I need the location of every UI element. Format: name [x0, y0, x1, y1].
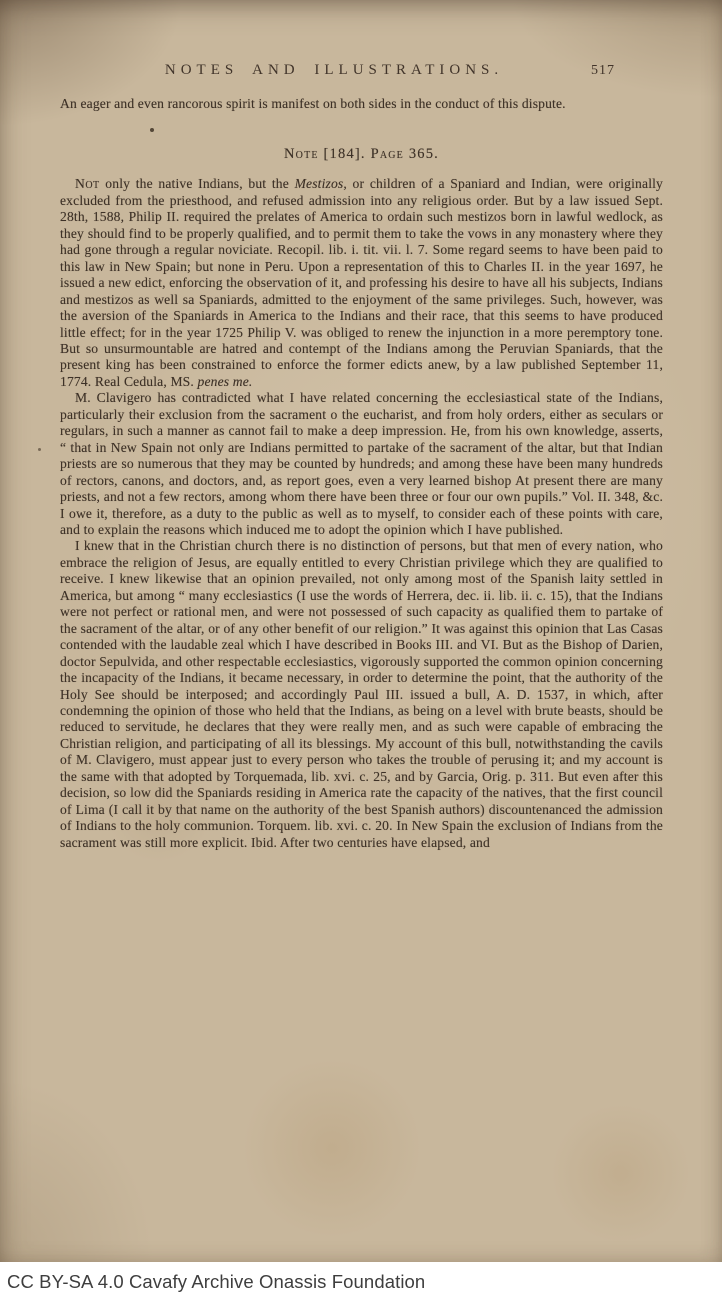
page-content: NOTES AND ILLUSTRATIONS. 517 An eager an…: [0, 0, 722, 851]
page-number: 517: [591, 63, 615, 79]
note-paragraph-3: I knew that in the Christian church ther…: [60, 538, 663, 851]
license-caption: CC BY-SA 4.0 Cavafy Archive Onassis Foun…: [0, 1271, 425, 1293]
intro-paragraph: An eager and even rancorous spirit is ma…: [60, 96, 663, 112]
note-heading: Note [184]. Page 365.: [60, 146, 663, 163]
note-paragraph-1: Not only the native Indians, but the Mes…: [60, 176, 663, 390]
running-head: NOTES AND ILLUSTRATIONS. 517: [60, 62, 663, 86]
screenshot-stage: NOTES AND ILLUSTRATIONS. 517 An eager an…: [0, 0, 722, 1301]
stray-ink-dot: [38, 448, 41, 451]
ink-dot-mark: [150, 128, 154, 132]
note-paragraph-2: M. Clavigero has contradicted what I hav…: [60, 390, 663, 538]
note-body: Not only the native Indians, but the Mes…: [60, 176, 663, 851]
scanned-book-page: NOTES AND ILLUSTRATIONS. 517 An eager an…: [0, 0, 722, 1262]
footer-bar: CC BY-SA 4.0 Cavafy Archive Onassis Foun…: [0, 1262, 722, 1301]
page-title: NOTES AND ILLUSTRATIONS.: [60, 62, 608, 79]
